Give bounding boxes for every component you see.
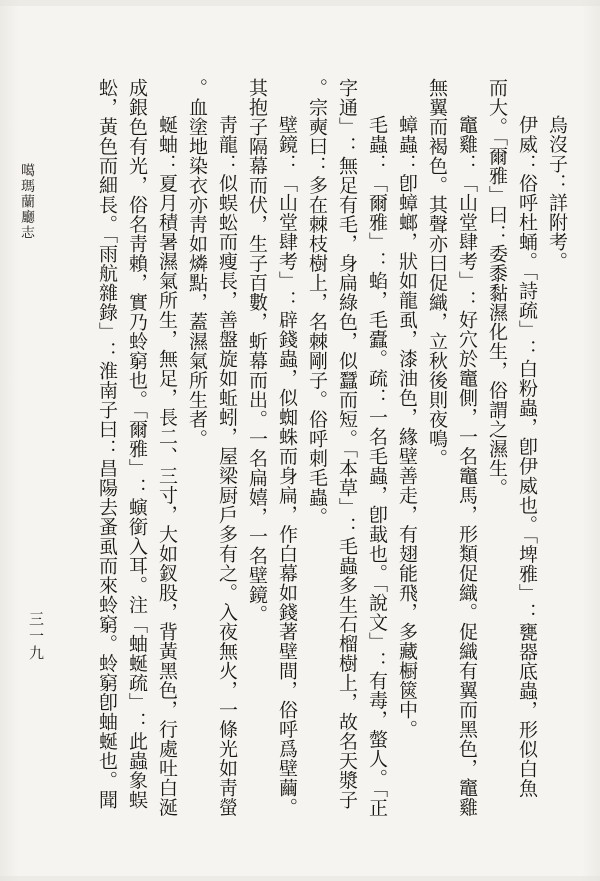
text-column: 烏沒子：詳附考。 [542, 78, 572, 842]
text-column: 。宗奭曰：多在棘枝樹上，名棘剛子。俗呼刺毛蟲。 [302, 78, 332, 842]
text-column: 蟑蟲：卽蟑螂，狀如龍虱，漆油色，緣壁善走，有翅能飛，多藏橱篋中。 [392, 78, 422, 842]
scan-edge-artifact [0, 876, 600, 881]
text-column: 伊威：俗呼杜蛹。「詩疏」：白粉蟲，卽伊威也。「埤雅」：甕器底蟲，形似白魚 [512, 78, 542, 842]
text-column: 毛蟲：「爾雅」：蜭，毛蠹。疏：一名毛蟲，卽蛓也。「說文」：有毒，螫人。「正 [362, 78, 392, 842]
text-column: 字通」：無足有毛，身扁綠色，似蠶而短。「本草」：毛蟲多生石榴樹上，故名天漿子 [332, 78, 362, 842]
text-column: 其抱子隔幕而伏，生子百數，蚚幕而出。一名扁嬉，一名壁鏡。 [242, 78, 272, 842]
text-column: 竈雞：「山堂肆考」：好穴於竈側，一名竈馬，形類促織。促織有翼而黑色，竈雞 [452, 78, 482, 842]
scan-edge-artifact [0, 0, 600, 6]
text-column: 蚣，黃色而細長。「雨航雜錄」：淮南子曰：昌陽去蚤虱而來蛉窮。蛉窮卽蚰蜒也。聞 [92, 78, 122, 842]
book-spine-title: 噶瑪蘭廳志 [17, 163, 37, 241]
text-column: 而大。「爾雅」曰：委黍黏濕化生，俗謂之濕生。 [482, 78, 512, 842]
text-column: 成銀色有光，俗名靑賴，實乃蛉窮也。「爾雅」：螾銜入耳。注「蚰蜒疏」：此蟲象蜈 [122, 78, 152, 842]
text-column: 。血塗地染衣亦靑如燐點，蓋濕氣所生者。 [182, 78, 212, 842]
text-column: 壁鏡：「山堂肆考」：辟錢蟲，似蜘蛛而身扁，作白幕如錢著壁間，俗呼爲壁繭。 [272, 78, 302, 842]
main-text-block: 烏沒子：詳附考。 伊威：俗呼杜蛹。「詩疏」：白粉蟲，卽伊威也。「埤雅」：甕器底蟲… [90, 78, 572, 842]
text-column: 蜒蚰：夏月積暑濕氣所生，無足，長二、三寸，大如釵股，背黃黑色，行處吐白涎 [152, 78, 182, 842]
page-number: 三一九 [26, 611, 47, 662]
scanned-book-page: 噶瑪蘭廳志 三一九 烏沒子：詳附考。 伊威：俗呼杜蛹。「詩疏」：白粉蟲，卽伊威也… [0, 0, 600, 881]
text-column: 無翼而褐色。其聲亦曰促織，立秋後則夜鳴。 [422, 78, 452, 842]
text-column: 靑龍：似蜈蚣而瘦長，善盤旋如蚯蚓，屋梁厨戶多有之。入夜無火，一條光如靑螢 [212, 78, 242, 842]
